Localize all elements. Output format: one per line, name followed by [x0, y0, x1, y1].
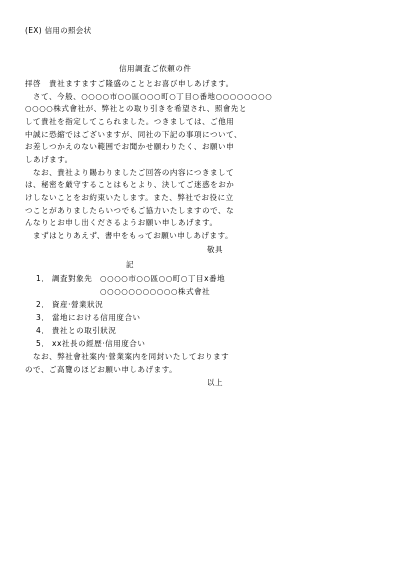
postscript-line: ので、ご高覽のほどお願い申しあげます。 — [25, 365, 177, 375]
item-number: 2． — [36, 300, 49, 310]
body-line: は、秘密を厳守することはもとより、決してご迷惑をおか — [25, 180, 234, 190]
body-line: 中誠に恐縮ではございますが、同社の下記の事項について、 — [25, 130, 242, 140]
item-number: 5． — [36, 339, 49, 349]
body-line: ○○○○株式會社が、弊社との取り引きを希望され、照會先と — [25, 104, 247, 114]
item-label: 資産·營業狀況 — [52, 300, 103, 310]
item-number: 1． — [36, 274, 49, 284]
body-line: けしないことをお約束いたします。また、弊社でお役に立 — [25, 193, 234, 203]
document-page: (EX) 信用の照会状 信用調査ご依頼の件 拝啓 貴社ますますご隆盛のこととお喜… — [0, 0, 400, 565]
body-line: なお、貴社より賜わりましたご回答の内容につきまして — [25, 168, 234, 178]
body-line: 拝啓 貴社ますますご隆盛のこととお喜び申しあげます。 — [25, 79, 234, 89]
item-label: 調査對象先 — [52, 274, 92, 284]
closing-ijou: 以上 — [207, 378, 223, 388]
item-label: xx社長の經歴·信用度合い — [52, 339, 145, 349]
body-line: しあげます。 — [25, 155, 73, 165]
item-label: 當地における信用度合い — [52, 313, 141, 323]
body-line: お差しつかえのない範囲でお聞かせ願わりたく、お願い申 — [25, 142, 234, 152]
document-title: (EX) 信用の照会状 — [25, 26, 91, 36]
body-line: して貴社を指定してこられました。つきましては、ご他用 — [25, 117, 234, 127]
body-line: まずはとりあえず、書中をもってお願い申しあげます。 — [25, 231, 233, 241]
body-line: んなりとお申し出くださるようお願い申しあげます。 — [25, 218, 218, 228]
letter-subject: 信用調査ご依頼の件 — [119, 64, 191, 74]
body-line: さて、今般、○○○○市○○區○○○町○丁目○番地○○○○○○○○ — [25, 92, 272, 102]
ki-heading: 記 — [126, 260, 134, 270]
item-label: 貴社との取引狀況 — [52, 326, 116, 336]
postscript-line: なお、弊社會社案内·營業案内を同封いたしております — [25, 352, 229, 362]
item-number: 3． — [36, 313, 49, 323]
body-line: つことがありましたらいつでもご協力いたしますので、な — [25, 206, 234, 216]
closing-keigu: 敬具 — [207, 245, 223, 255]
item-value: ○○○○市○○區○○町○丁目x番地 — [100, 274, 225, 284]
item-value: ○○○○○○○○○○○株式會社 — [100, 287, 210, 297]
item-number: 4． — [36, 326, 49, 336]
